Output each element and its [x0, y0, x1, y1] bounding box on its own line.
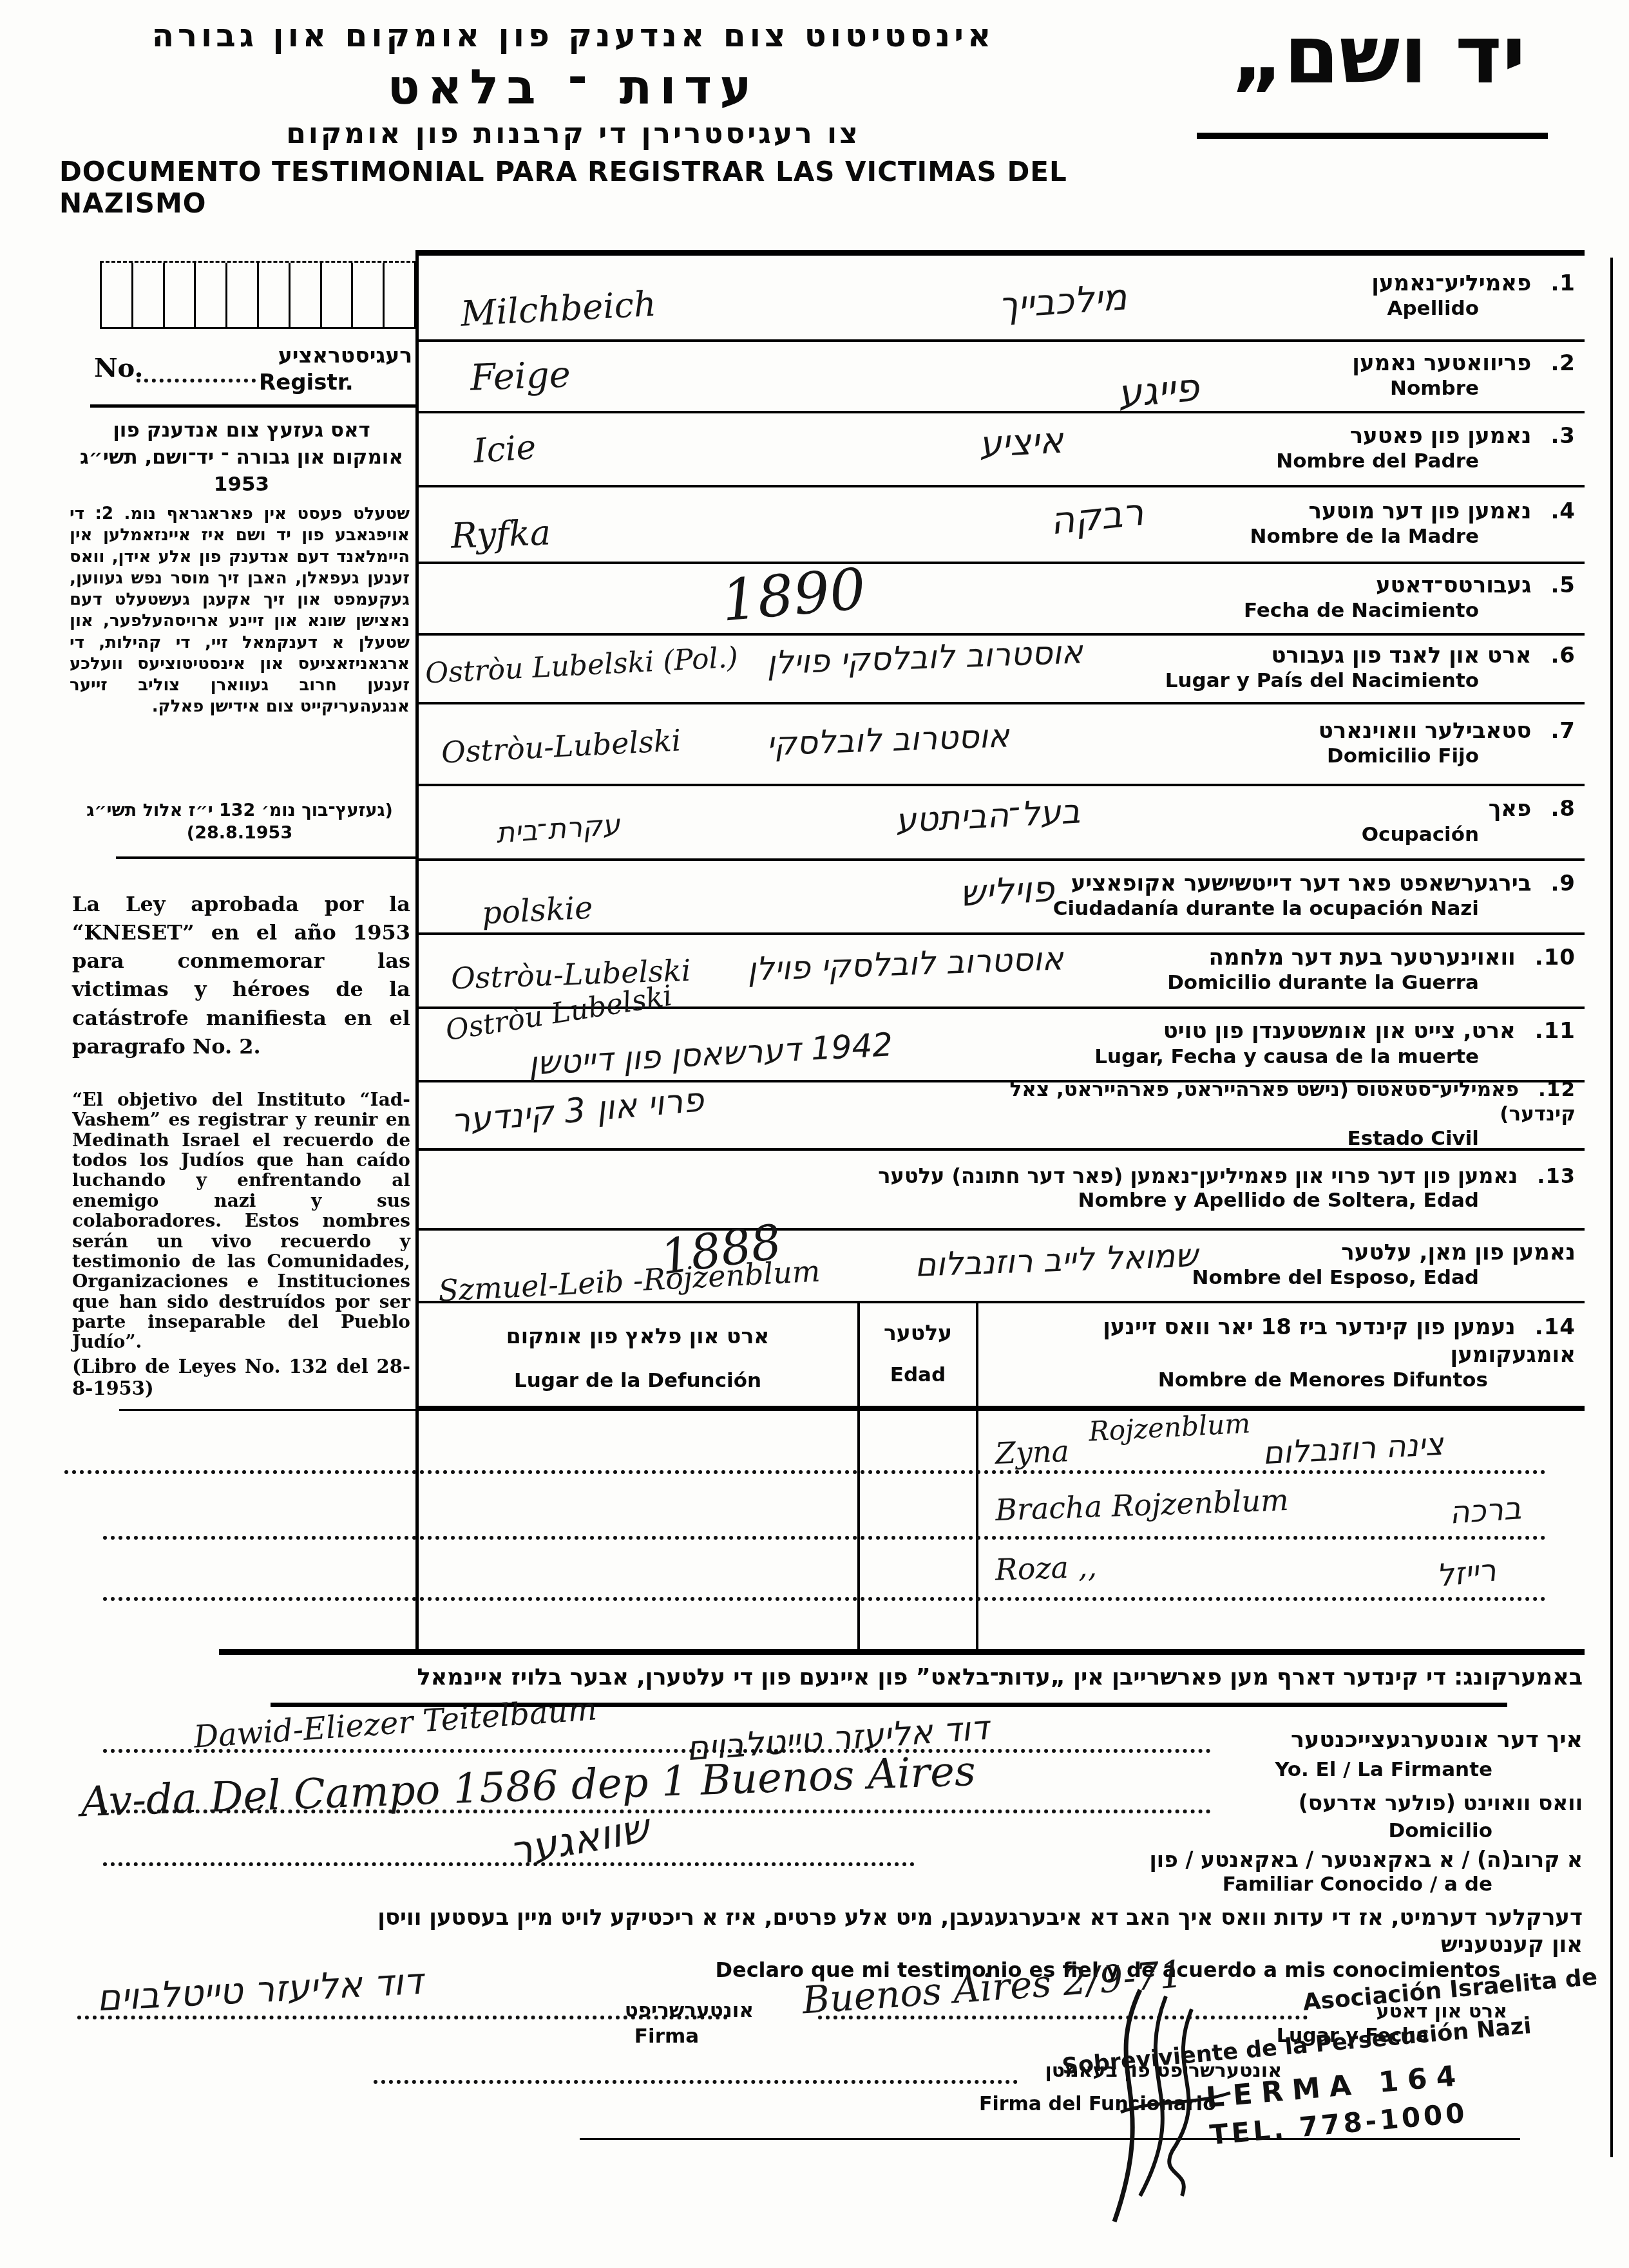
familiar-dotted-line [103, 1862, 915, 1866]
child-1-surname-handwriting: Rojzenblum [1088, 1407, 1251, 1447]
familiar-label-yiddish: א קרוב(ה) / א באקאנטער / באקאנטע / פון [1003, 1847, 1583, 1872]
familiar-label-spanish: Familiar Conocido / a de [977, 1873, 1583, 1896]
no-label: No. [94, 353, 143, 383]
registr-label-spanish: Registr. [259, 370, 414, 395]
padre-hebrew-handwriting: איציע [978, 420, 1064, 466]
document-title-spanish: DOCUMENTO TESTIMONIAL PARA REGISTRAR LAS… [59, 156, 1116, 219]
ciudadania-hebrew-handwriting: פויליש [958, 868, 1055, 915]
funcionario-dotted-line [374, 2080, 1018, 2084]
domicilio-label-spanish: Domicilio [977, 1819, 1583, 1842]
field-row-nombre: 2.פריוואטער נאמען Nombre [415, 339, 1585, 413]
child-1-name-hebrew-handwriting: צינה רוזנבלום [1262, 1426, 1445, 1472]
law-paragraph-spanish-2: “El objetivo del Instituto “Iad-Vashem” … [72, 1090, 410, 1352]
law-ref-yiddish-1: (געזעץ־בוך נומ׳ 132 י״ז אלול תשי״ג [70, 800, 410, 820]
nombre-latin-handwriting: Feige [470, 354, 571, 399]
sidebar-rule-2 [116, 856, 415, 859]
children-age-header: עלטער Edad [860, 1320, 976, 1386]
ciudadania-latin-handwriting: polskie [481, 890, 594, 932]
law-title-yiddish: דאס געזעץ צום אנדענק פון אומקום און גבור… [77, 417, 406, 498]
firmante-name-latin-handwriting: Dawid-Eliezer Teitelbaum [193, 1691, 598, 1755]
yad-vashem-logo: יד ושם„ [1185, 9, 1572, 102]
padre-latin-handwriting: Icie [472, 428, 537, 471]
field-row-nacimiento-fecha: 5.געבורטס־דאטע Fecha de Nacimiento [415, 562, 1585, 636]
table-row-separator-3 [103, 1597, 1546, 1601]
table-bottom-border [219, 1649, 1585, 1655]
nombre-hebrew-handwriting: פייגע [1116, 365, 1201, 417]
firma-label-yiddish: אונטערשריפט [580, 1999, 754, 2022]
declaration-yiddish-line1: דערקלער דערמיט, אז די עדות וואס איך האב … [88, 1905, 1583, 1931]
apellido-hebrew-handwriting: מילכבייך [997, 276, 1129, 327]
institute-title-yiddish: אינסטיטוט צום אנדענק פון אומקום און גבור… [64, 17, 1082, 54]
law-paragraph-spanish-1: La Ley aprobada por la “KNESET” en el añ… [72, 890, 410, 1061]
declaration-yiddish-line2: און קענטעניש [88, 1932, 1583, 1958]
birth-year-handwriting: 1890 [719, 555, 868, 634]
madre-latin-handwriting: Ryfka [450, 512, 551, 556]
law-ref-spanish: (Libro de Leyes No. 132 del 28-8-1953) [72, 1356, 410, 1399]
firmante-dotted-line [103, 1749, 1211, 1753]
child-1-name-handwriting: Zyna [995, 1433, 1070, 1471]
child-3-name-handwriting: Roza ,, [995, 1549, 1098, 1587]
logo-underline [1197, 133, 1548, 139]
sidebar-rule-3 [119, 1409, 415, 1411]
table-row-separator-2 [103, 1536, 1546, 1540]
funcionario-signature [1043, 1983, 1250, 2235]
table-row-separator-1 [64, 1470, 1546, 1474]
registr-label-yiddish: רעגיסטראציע [251, 343, 412, 368]
firmante-label-spanish: Yo. El / La Firmante [977, 1758, 1583, 1781]
law-text-yiddish: שטעלט פעסט אין פאראגראף נומ. 2: די אויפג… [70, 504, 410, 718]
children-names-header: 14.נעמען פון קינדער ביז 18 יאר וואס זיינ… [986, 1314, 1585, 1392]
firma-label-spanish: Firma [580, 2025, 754, 2048]
domicilio-handwriting: Av-da Del Campo 1586 dep 1 Buenos Aires [80, 1748, 976, 1826]
child-2-name-hebrew-handwriting: ברכה [1448, 1490, 1522, 1531]
table-header-border [415, 1406, 1585, 1411]
testimony-document-page: אינסטיטוט צום אנדענק פון אומקום און גבור… [0, 0, 1629, 2268]
children-remark-yiddish: באמערקונג: די קינדער דארף מען פארשרייבן … [133, 1665, 1583, 1690]
field-row-soltera: 13.נאמען פון דער פרוי און פאמיליען־נאמען… [415, 1148, 1585, 1231]
law-ref-yiddish-2: (28.8.1953 [70, 823, 410, 843]
children-place-header: ארט און פלאץ פון אומקום Lugar de la Defu… [425, 1323, 850, 1392]
form-name-yiddish: עדות ־ בלאט [64, 59, 1082, 115]
sidebar-rule-1 [90, 404, 415, 408]
register-line-yiddish: צו רעגיסטרירן די קרבנות פון אומקום [64, 117, 1082, 150]
firma-signature-handwriting: דוד אליעזר טייטלבוים [96, 1961, 424, 2019]
field-row-madre: 4.נאמען פון דער מוטער Nombre de la Madre [415, 485, 1585, 564]
registration-number-box [100, 261, 416, 329]
domicilio-dotted-line [103, 1810, 1211, 1813]
page-right-border [1610, 258, 1613, 2157]
child-3-name-hebrew-handwriting: רייזל [1434, 1552, 1498, 1594]
no-dotted-line [137, 379, 256, 383]
child-2-name-handwriting: Bracha Rojzenblum [995, 1482, 1289, 1527]
